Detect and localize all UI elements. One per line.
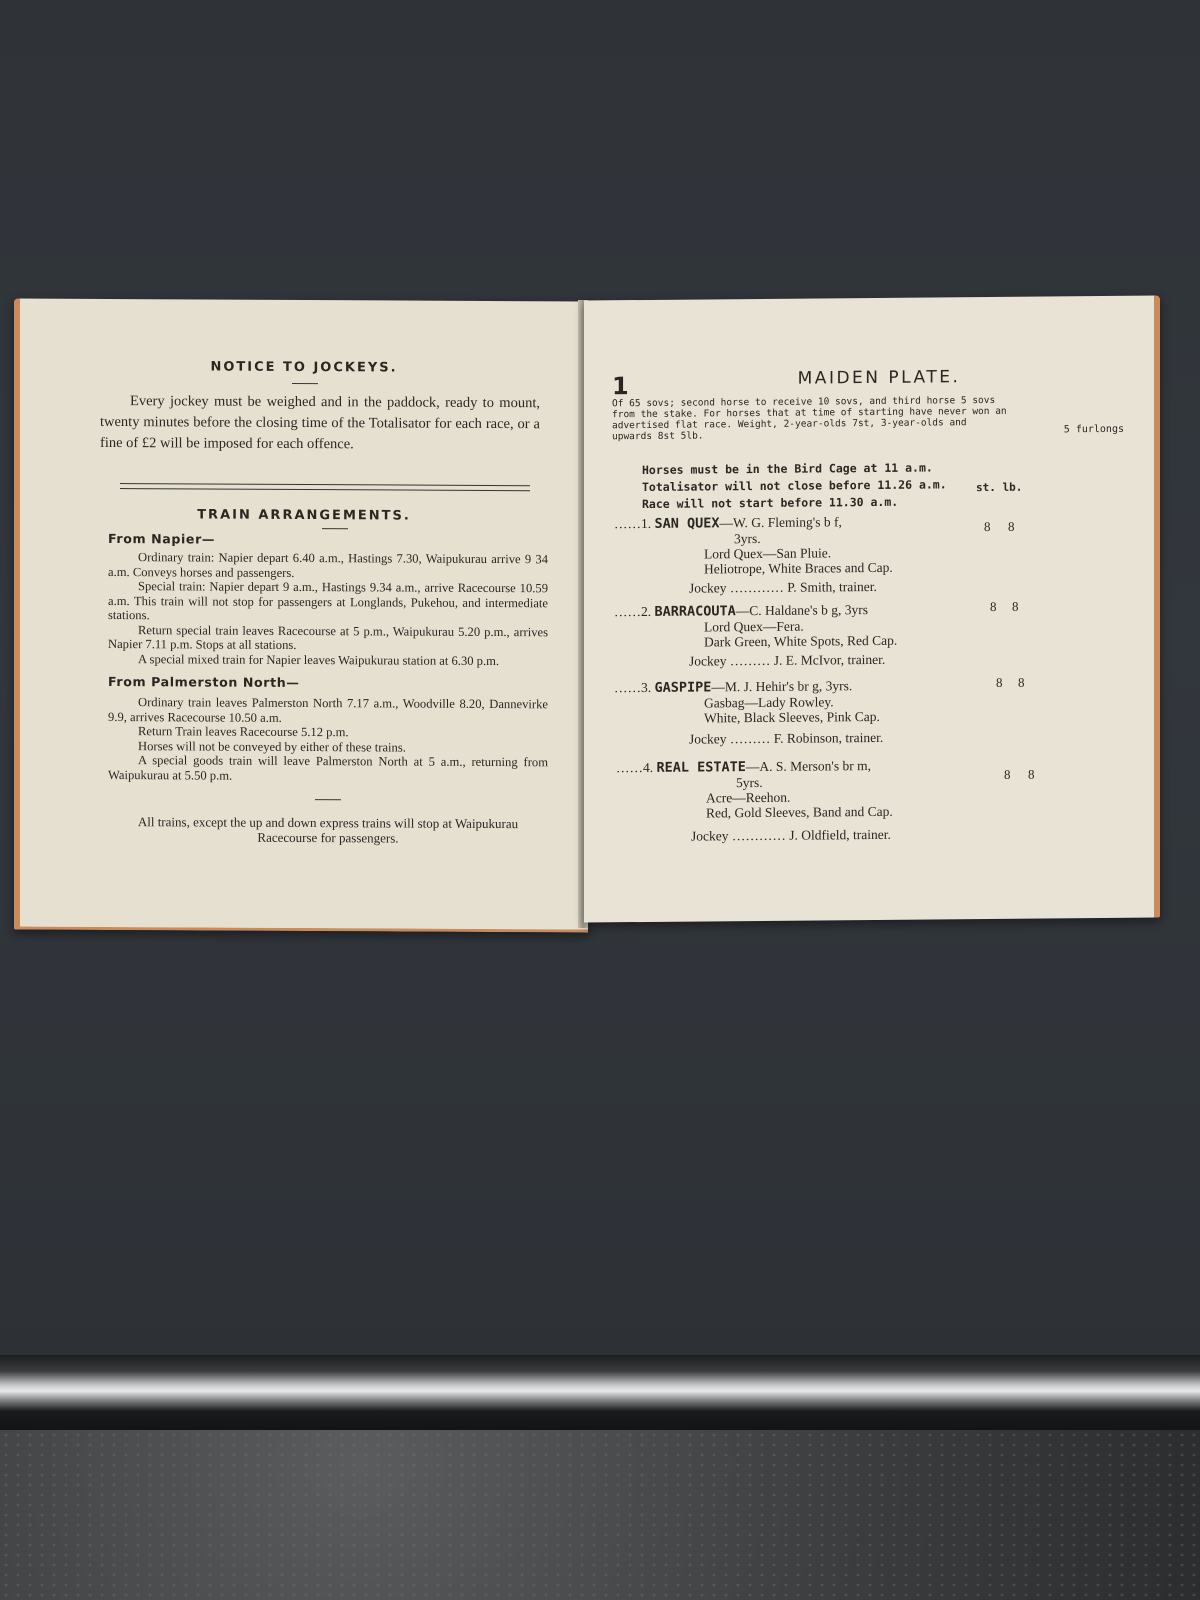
colours: Heliotrope, White Braces and Cap. <box>614 558 1074 577</box>
weight-st: 8 <box>996 675 1003 691</box>
horse-name: REAL ESTATE <box>657 759 746 776</box>
race-title: MAIDEN PLATE. <box>644 366 1114 390</box>
totalisator-notice: Totalisator will not close before 11.26 … <box>642 476 947 496</box>
entry-number: ……4. <box>616 760 653 775</box>
trainer: J. Oldfield, trainer. <box>789 827 891 843</box>
divider <box>322 528 348 529</box>
weight-st: 8 <box>984 519 991 535</box>
notice-text: Every jockey must be weighed and in the … <box>100 391 540 456</box>
race-number: 1 <box>612 372 629 400</box>
race-conditions: Of 65 sovs; second horse to receive 10 s… <box>612 395 1012 442</box>
jockey-label: Jockey ……… <box>689 653 770 669</box>
trains-footer: All trains, except the up and down expre… <box>108 815 548 846</box>
leather-surface <box>0 1430 1200 1600</box>
jockey-label: Jockey ………… <box>689 580 784 596</box>
weight-st: 8 <box>1004 767 1011 783</box>
colours: Dark Green, White Spots, Red Cap. <box>614 631 1074 650</box>
race-notices: Horses must be in the Bird Cage at 11 a.… <box>642 459 947 513</box>
palmerston-return: Return Train leaves Racecourse 5.12 p.m. <box>108 724 548 741</box>
horse-name: GASPIPE <box>655 679 712 695</box>
owner: —M. J. Hehir's br g, 3yrs. <box>711 678 852 694</box>
napier-return: Return special train leaves Racecourse a… <box>108 622 548 653</box>
double-rule <box>120 483 530 491</box>
napier-mixed: A special mixed train for Napier leaves … <box>108 651 548 668</box>
weight-lb: 8 <box>1028 767 1035 783</box>
weight-lb: 8 <box>1018 675 1025 691</box>
trainer: F. Robinson, trainer. <box>774 730 884 746</box>
colours: Red, Gold Sleeves, Band and Cap. <box>616 802 1076 821</box>
weight-lb: 8 <box>1012 599 1019 615</box>
trainer: P. Smith, trainer. <box>787 579 877 595</box>
entry-3: ……3. GASPIPE—M. J. Hehir's br g, 3yrs. G… <box>614 676 1074 747</box>
start-notice: Race will not start before 11.30 a.m. <box>642 493 947 513</box>
metal-rail <box>0 1355 1200 1435</box>
jockey-label: Jockey ……… <box>689 731 770 747</box>
trainer: J. E. McIvor, trainer. <box>774 652 886 668</box>
from-napier-heading: From Napier— <box>108 531 548 548</box>
palmerston-ordinary: Ordinary train leaves Palmerston North 7… <box>108 695 548 726</box>
from-palmerston-heading: From Palmerston North— <box>108 674 548 691</box>
right-page: 1 MAIDEN PLATE. Of 65 sovs; second horse… <box>584 295 1160 922</box>
colours: White, Black Sleeves, Pink Cap. <box>614 707 1074 726</box>
entry-number: ……2. <box>614 604 651 619</box>
napier-ordinary: Ordinary train: Napier depart 6.40 a.m.,… <box>108 550 548 581</box>
divider <box>292 383 318 384</box>
weight-lb: 8 <box>1008 519 1015 535</box>
weight-header: st. lb. <box>976 481 1022 494</box>
weight-st: 8 <box>990 599 997 615</box>
horse-name: BARRACOUTA <box>655 603 736 620</box>
palmerston-goods: A special goods train will leave Palmers… <box>108 753 548 784</box>
owner: —A. S. Merson's br m, <box>746 758 871 774</box>
train-title: TRAIN ARRANGEMENTS. <box>20 507 588 525</box>
jockey-label: Jockey ………… <box>691 828 786 844</box>
entry-2: ……2. BARRACOUTA—C. Haldane's b g, 3yrs L… <box>614 600 1074 669</box>
owner: —C. Haldane's b g, 3yrs <box>736 602 868 618</box>
entry-1: ……1. SAN QUEX—W. G. Fleming's b f, 3yrs.… <box>614 512 1074 596</box>
from-napier-section: From Napier— Ordinary train: Napier depa… <box>108 531 548 846</box>
horse-name: SAN QUEX <box>655 515 720 532</box>
divider <box>315 799 341 800</box>
entry-number: ……3. <box>614 680 651 695</box>
napier-special: Special train: Napier depart 9 a.m., Has… <box>108 579 548 625</box>
race-distance: 5 furlongs <box>1064 424 1124 436</box>
notice-title: NOTICE TO JOCKEYS. <box>20 359 588 377</box>
left-page: NOTICE TO JOCKEYS. Every jockey must be … <box>14 298 588 932</box>
entry-number: ……1. <box>614 516 651 531</box>
owner: —W. G. Fleming's b f, <box>720 514 842 530</box>
